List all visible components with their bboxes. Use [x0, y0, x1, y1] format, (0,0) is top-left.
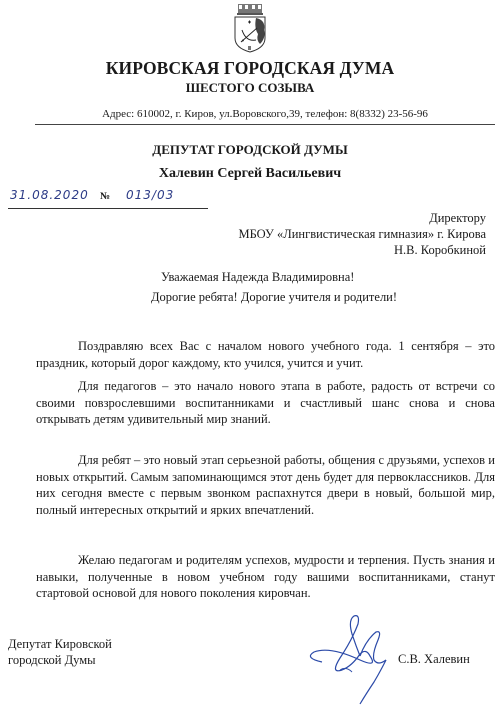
organization-address: Адрес: 610002, г. Киров, ул.Воровского,3… [35, 108, 495, 120]
signatory-role: Депутат Кировской городской Думы [8, 636, 112, 668]
body-paragraph: Для педагогов – это начало нового этапа … [36, 378, 495, 428]
registration-number: 013/03 [126, 188, 174, 202]
sender-title: ДЕПУТАТ ГОРОДСКОЙ ДУМЫ [0, 142, 500, 158]
organization-title: КИРОВСКАЯ ГОРОДСКАЯ ДУМА [0, 58, 500, 79]
body-paragraph: Поздравляю всех Вас с началом нового уче… [36, 338, 495, 371]
registration-date: 31.08.2020 [10, 188, 89, 202]
addressee-block: Директору МБОУ «Лингвистическая гимназия… [238, 210, 486, 258]
signatory-name: С.В. Халевин [398, 652, 470, 667]
addressee-line: Директору [238, 210, 486, 226]
convocation-subtitle: ШЕСТОГО СОЗЫВА [0, 80, 500, 96]
handwritten-signature-icon [300, 610, 400, 705]
sender-name: Халевин Сергей Васильевич [0, 166, 500, 182]
body-paragraph: Желаю педагогам и родителям успехов, муд… [36, 552, 495, 602]
letterhead-divider [35, 124, 495, 125]
addressee-line: Н.В. Коробкиной [238, 242, 486, 258]
signatory-role-line: Депутат Кировской [8, 636, 112, 652]
addressee-line: МБОУ «Лингвистическая гимназия» г. Киров… [238, 226, 486, 242]
greeting-personal: Уважаемая Надежда Владимировна! [161, 270, 354, 285]
city-coat-of-arms-icon [228, 2, 272, 54]
body-paragraph: Для ребят – это новый этап серьезной раб… [36, 452, 495, 518]
signatory-role-line: городской Думы [8, 652, 112, 668]
greeting-general: Дорогие ребята! Дорогие учителя и родите… [151, 290, 397, 305]
registration-number-label: № [100, 191, 110, 202]
registration-line: 31.08.2020 № 013/03 [8, 188, 208, 209]
